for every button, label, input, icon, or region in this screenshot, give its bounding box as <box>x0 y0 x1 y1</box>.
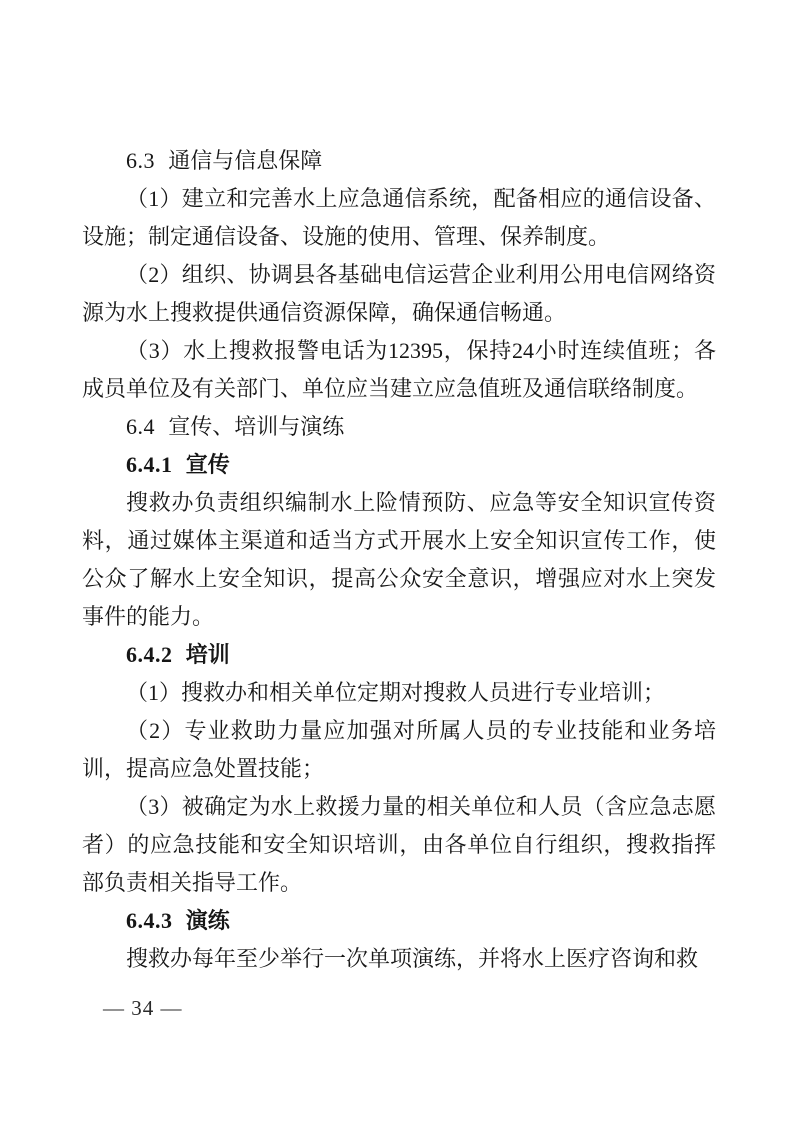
subsection-heading-6-4-1: 6.4.1宣传 <box>82 446 716 484</box>
paragraph-training-3: （3）被确定为水上救援力量的相关单位和人员（含应急志愿者）的应急技能和安全知识培… <box>82 788 716 902</box>
document-body: 6.3通信与信息保障 （1）建立和完善水上应急通信系统，配备相应的通信设备、设施… <box>82 142 716 978</box>
subsection-title: 培训 <box>186 642 230 667</box>
page-footer: — 34 — <box>103 996 183 1020</box>
subsection-heading-6-4-3: 6.4.3演练 <box>82 902 716 940</box>
section-heading-6-4: 6.4宣传、培训与演练 <box>82 408 716 446</box>
section-title: 宣传、培训与演练 <box>168 414 344 439</box>
subsection-title: 演练 <box>186 908 230 933</box>
document-page: 6.3通信与信息保障 （1）建立和完善水上应急通信系统，配备相应的通信设备、设施… <box>0 0 793 1122</box>
paragraph-communication-2: （2）组织、协调县各基础电信运营企业利用公用电信网络资源为水上搜救提供通信资源保… <box>82 256 716 332</box>
paragraph-communication-3: （3）水上搜救报警电话为12395，保持24小时连续值班；各成员单位及有关部门、… <box>82 332 716 408</box>
section-number: 6.4 <box>126 414 155 439</box>
subsection-number: 6.4.2 <box>126 642 173 667</box>
section-number: 6.3 <box>126 148 155 173</box>
subsection-number: 6.4.1 <box>126 452 173 477</box>
subsection-heading-6-4-2: 6.4.2培训 <box>82 636 716 674</box>
paragraph-training-2: （2）专业救助力量应加强对所属人员的专业技能和业务培训，提高应急处置技能； <box>82 712 716 788</box>
subsection-title: 宣传 <box>186 452 230 477</box>
paragraph-communication-1: （1）建立和完善水上应急通信系统，配备相应的通信设备、设施；制定通信设备、设施的… <box>82 180 716 256</box>
paragraph-training-1: （1）搜救办和相关单位定期对搜救人员进行专业培训； <box>82 674 716 712</box>
paragraph-publicity: 搜救办负责组织编制水上险情预防、应急等安全知识宣传资料，通过媒体主渠道和适当方式… <box>82 484 716 636</box>
page-number: — 34 — <box>103 996 183 1020</box>
section-heading-6-3: 6.3通信与信息保障 <box>82 142 716 180</box>
section-title: 通信与信息保障 <box>168 148 322 173</box>
paragraph-drill: 搜救办每年至少举行一次单项演练，并将水上医疗咨询和救 <box>82 940 716 978</box>
subsection-number: 6.4.3 <box>126 908 173 933</box>
